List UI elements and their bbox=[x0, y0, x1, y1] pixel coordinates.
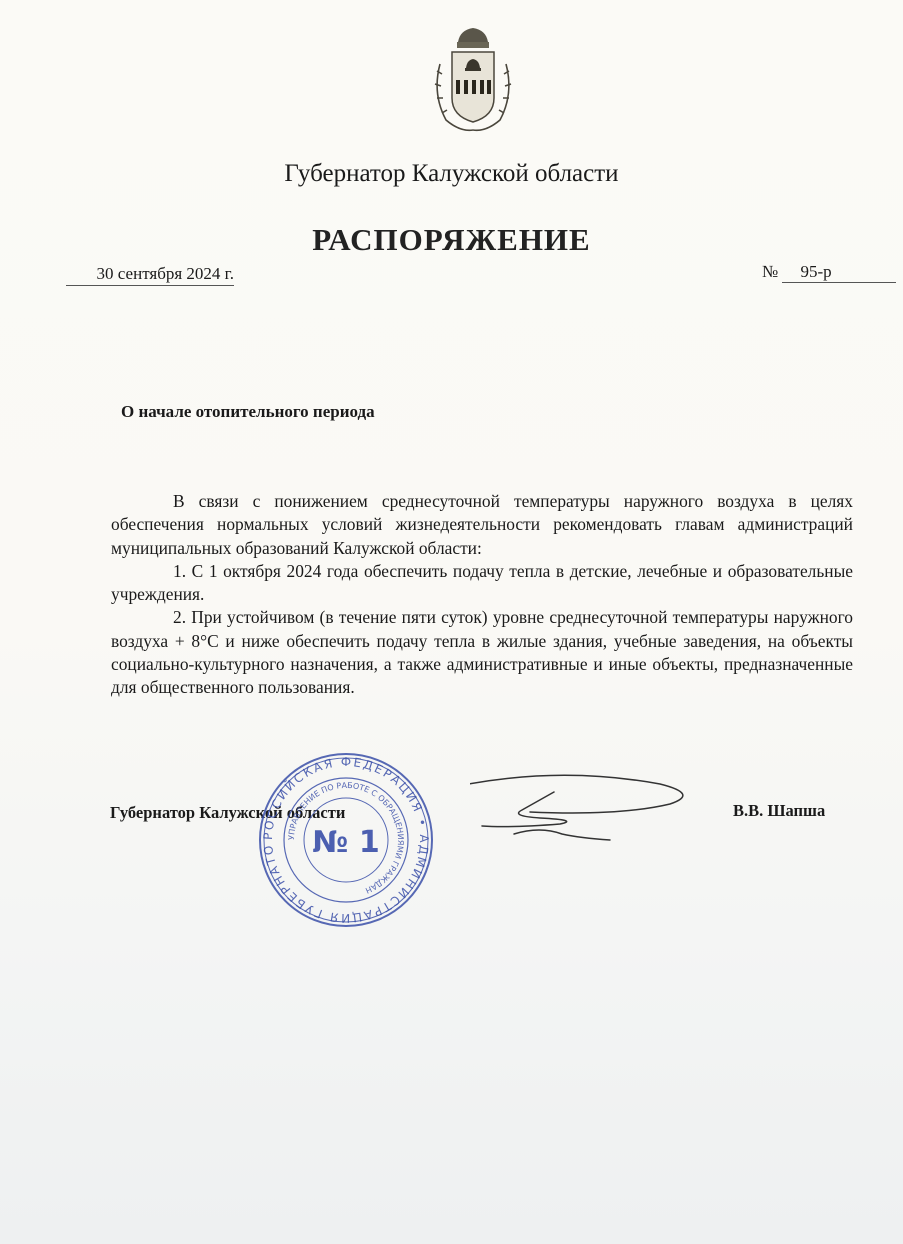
number-label: № bbox=[762, 262, 778, 281]
document-body: В связи с понижением среднесуточной темп… bbox=[111, 490, 853, 700]
document-date: 30 сентября 2024 г. bbox=[66, 264, 234, 286]
document-type: РАСПОРЯЖЕНИЕ bbox=[0, 222, 903, 258]
number-value: 95-р bbox=[782, 262, 896, 283]
document-subject: О начале отопительного периода bbox=[121, 402, 375, 422]
body-paragraph-item-1: 1. С 1 октября 2024 года обеспечить пода… bbox=[111, 560, 853, 607]
handwritten-signature-icon bbox=[470, 770, 700, 850]
body-paragraph-intro: В связи с понижением среднесуточной темп… bbox=[111, 490, 853, 560]
document-number: № 95-р bbox=[762, 262, 896, 283]
signatory-name: В.В. Шапша bbox=[733, 801, 825, 821]
coat-of-arms-icon bbox=[430, 24, 516, 136]
official-stamp-icon: РОССИЙСКАЯ ФЕДЕРАЦИЯ • АДМИНИСТРАЦИЯ ГУБ… bbox=[256, 750, 436, 930]
svg-text:№ 1: № 1 bbox=[312, 825, 379, 860]
issuer-title: Губернатор Калужской области bbox=[0, 160, 903, 188]
body-paragraph-item-2: 2. При устойчивом (в течение пяти суток)… bbox=[111, 606, 853, 699]
